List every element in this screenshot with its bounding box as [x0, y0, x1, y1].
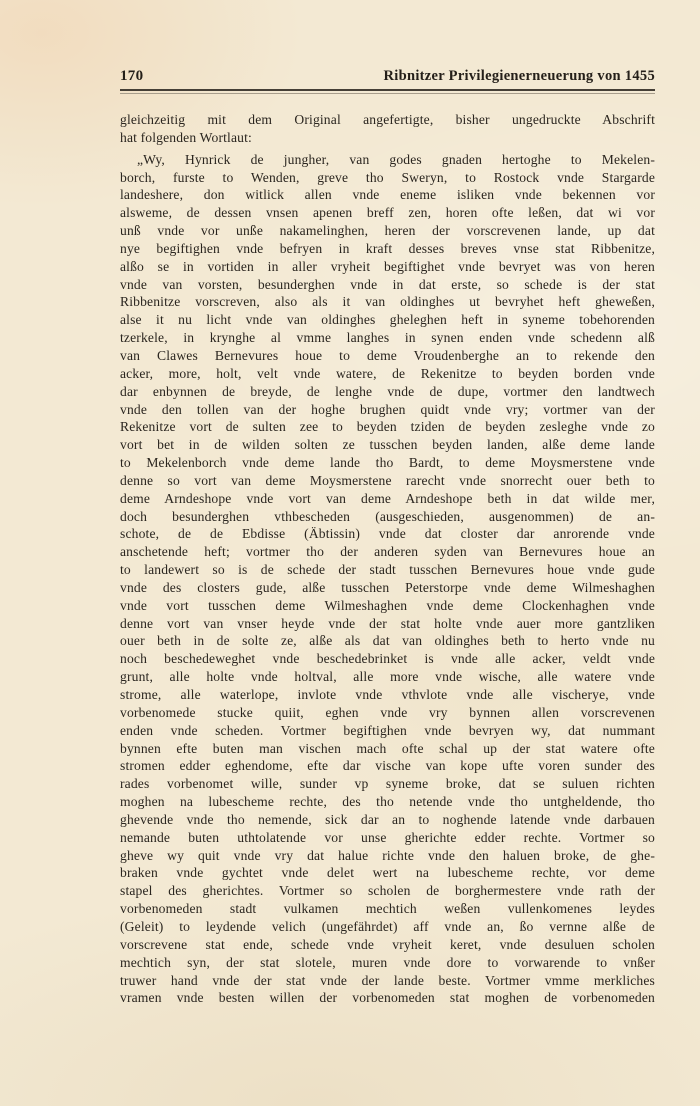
- text-line: bynnen efte buten man vischen mach ofte …: [120, 740, 655, 758]
- text-line: doch besunderghen vthbescheden (ausgesch…: [120, 508, 655, 526]
- intro-paragraph: gleichzeitig mit dem Original angefertig…: [120, 111, 655, 147]
- text-line: acker, more, holt, velt vnde watere, de …: [120, 365, 655, 383]
- text-line: to Mekelenborch vnde deme lande tho Bard…: [120, 454, 655, 472]
- text-line: denne vort van vnser heyde vnde der stat…: [120, 615, 655, 633]
- text-line: moghen na lubescheme rechte, des tho net…: [120, 793, 655, 811]
- text-line: nye begiftighen vnde befryen in kraft de…: [120, 240, 655, 258]
- text-line: unß vnde vor unße nakamelinghen, heren d…: [120, 222, 655, 240]
- text-line: gheve wy quit vnde vry dat halue richte …: [120, 847, 655, 865]
- page-header: 170 Ribnitzer Privilegienerneuerung von …: [120, 68, 655, 85]
- text-line: mechtich syn, der stat slotele, muren vn…: [120, 954, 655, 972]
- text-line: vorscrevene stat ende, schede vnde vryhe…: [120, 936, 655, 954]
- page-number: 170: [120, 68, 143, 85]
- text-line: dar enbynnen de breyde, de lenghe vnde d…: [120, 383, 655, 401]
- quote-paragraph: „Wy, Hynrick de jungher, van godes gnade…: [120, 151, 655, 1008]
- text-line: vorbenomede stucke quiit, eghen vnde vry…: [120, 704, 655, 722]
- text-line: denne so vort van deme Moysmerstene rare…: [120, 472, 655, 490]
- text-line: vorbenomeden stadt vulkamen mechtich weß…: [120, 900, 655, 918]
- header-rule: [120, 89, 655, 94]
- text-line: stapel des gherichtes. Vortmer so schole…: [120, 882, 655, 900]
- book-page: 170 Ribnitzer Privilegienerneuerung von …: [0, 0, 700, 1106]
- text-line: ghevende vnde tho nemende, sick dar an t…: [120, 811, 655, 829]
- text-line: ouer beth in de solte ze, alße als dat v…: [120, 632, 655, 650]
- text-line: alse it nu licht vnde van oldinghes ghel…: [120, 311, 655, 329]
- text-line: enden vnde scheden. Vortmer begiftighen …: [120, 722, 655, 740]
- text-line: borch, furste to Wenden, greve tho Swery…: [120, 169, 655, 187]
- text-line: landeshere, don witlick allen vnde eneme…: [120, 186, 655, 204]
- text-line: vnde vort tusschen deme Wilmeshaghen vnd…: [120, 597, 655, 615]
- text-line: truwer hand vnde der stat vnde der lande…: [120, 972, 655, 990]
- text-line: Ribbenitze vorscreven, also als it van o…: [120, 293, 655, 311]
- text-line: nemande buten uthtolatende vor unse gher…: [120, 829, 655, 847]
- text-line: „Wy, Hynrick de jungher, van godes gnade…: [120, 151, 655, 169]
- text-line: alsweme, de dessen vnsen apenen breff ze…: [120, 204, 655, 222]
- text-line: noch beschedeweghet vnde beschedebrinket…: [120, 650, 655, 668]
- text-line: gleichzeitig mit dem Original angefertig…: [120, 111, 655, 129]
- text-line: anschetende heft; vortmer tho der andere…: [120, 543, 655, 561]
- text-line: strome, alle waterlope, invlote vnde vth…: [120, 686, 655, 704]
- text-line: rades vorbenomet wille, sunder vp syneme…: [120, 775, 655, 793]
- body-text: gleichzeitig mit dem Original angefertig…: [120, 111, 655, 1007]
- text-line: vnde des closters gude, alße tusschen Pe…: [120, 579, 655, 597]
- text-line: (Geleit) to leydende velich (ungefährdet…: [120, 918, 655, 936]
- text-line: van Clawes Bernevures houe to deme Vroud…: [120, 347, 655, 365]
- text-line: vort bet in de wilden solten ze tusschen…: [120, 436, 655, 454]
- text-line: Rekenitze vort de sulten zee to beyden t…: [120, 418, 655, 436]
- text-line: vnde den tollen van der hoghe brughen qu…: [120, 401, 655, 419]
- text-line: grunt, alle holte vnde holtval, alle mor…: [120, 668, 655, 686]
- running-title: Ribnitzer Privilegienerneuerung von 1455: [384, 68, 656, 85]
- text-line: braken vnde gychtet vnde delet wert na l…: [120, 864, 655, 882]
- text-line: deme Arndeshope vnde vort van deme Arnde…: [120, 490, 655, 508]
- text-line: tzerkele, in krynghe al vmme langhes in …: [120, 329, 655, 347]
- text-line: vramen vnde besten willen der vorbenomed…: [120, 989, 655, 1007]
- text-line: alßo se in vortiden in aller vryheit beg…: [120, 258, 655, 276]
- text-line: vnde van vorsten, besunderghen vnde in d…: [120, 276, 655, 294]
- text-line: schote, de de Ebdisse (Äbtissin) vnde da…: [120, 525, 655, 543]
- text-line: stromen edder eghendome, efte dar vische…: [120, 757, 655, 775]
- text-line: to landewert so is de schede der stadt t…: [120, 561, 655, 579]
- text-line: hat folgenden Wortlaut:: [120, 129, 655, 147]
